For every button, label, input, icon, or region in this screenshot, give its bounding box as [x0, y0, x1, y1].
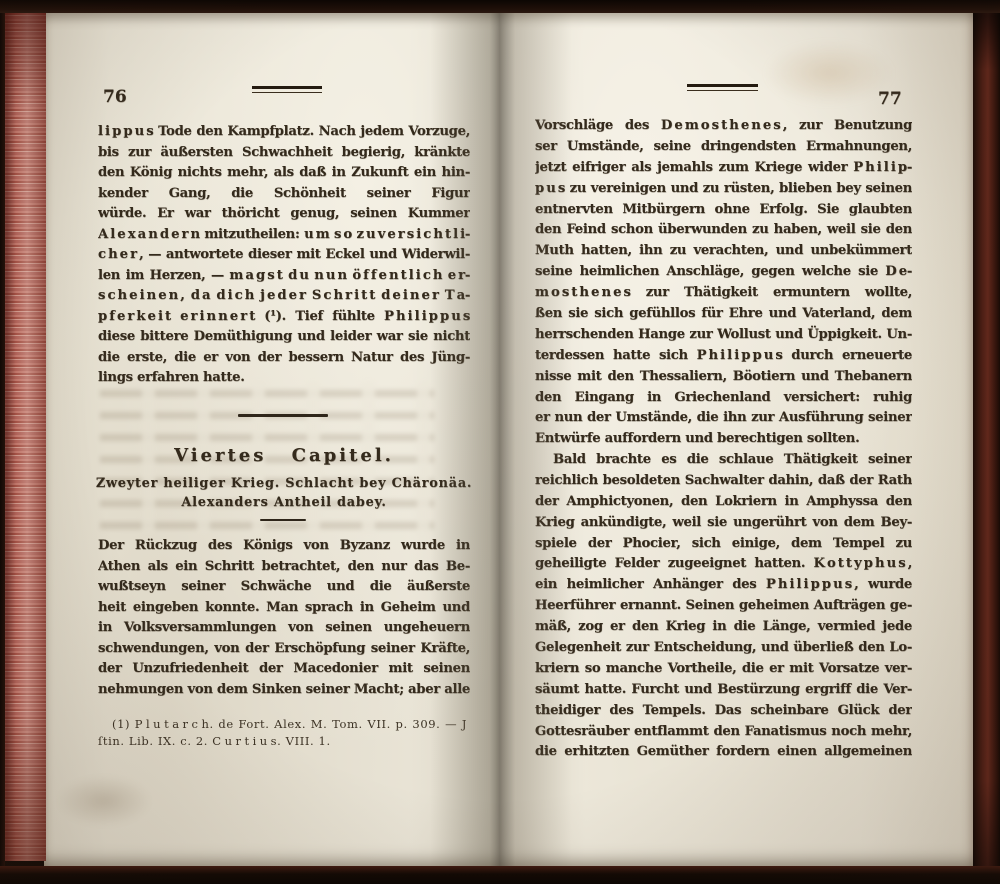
section-divider-rule — [238, 414, 328, 417]
page-number-right: 77 — [878, 89, 902, 109]
header-ornament-rule-right — [687, 84, 758, 91]
chapter-heading: Viertes Capitel. — [98, 445, 470, 466]
book-cover-right-edge — [973, 0, 1000, 884]
body-paragraph-left-1: l i p p u s Tode den Kampfplatz. Nach je… — [98, 122, 470, 389]
subtitle-divider-rule — [260, 519, 306, 521]
page-stain — [764, 41, 894, 105]
book-scan-photo: 76 l i p p u s Tode den Kampfplatz. Nach… — [0, 0, 1000, 884]
book-cover-top-edge — [0, 0, 1000, 13]
book-cover-left-edge — [0, 0, 5, 884]
footnote: (1) P l u t a r c h. de Fort. Alex. M. T… — [98, 716, 470, 750]
book-cover-bottom-edge — [0, 866, 1000, 884]
page-left: 76 l i p p u s Tode den Kampfplatz. Nach… — [44, 13, 500, 866]
body-paragraph-left-2: Der Rückzug des Königs von Byzanz wurde … — [98, 536, 470, 700]
header-ornament-rule-left — [252, 86, 322, 93]
page-number-left: 76 — [103, 87, 127, 107]
page-right: 77 Vorschläge des D e m o s t h e n e s … — [500, 13, 974, 866]
body-paragraph-right-1: Vorschläge des D e m o s t h e n e s , z… — [535, 116, 912, 450]
page-stain — [56, 775, 152, 827]
chapter-subtitle: Zweyter heiliger Krieg. Schlacht bey Chä… — [88, 475, 480, 512]
book-fore-edge-pages — [4, 11, 46, 861]
body-paragraph-right-2: Bald brachte es die schlaue Thätigkeit s… — [535, 450, 912, 763]
